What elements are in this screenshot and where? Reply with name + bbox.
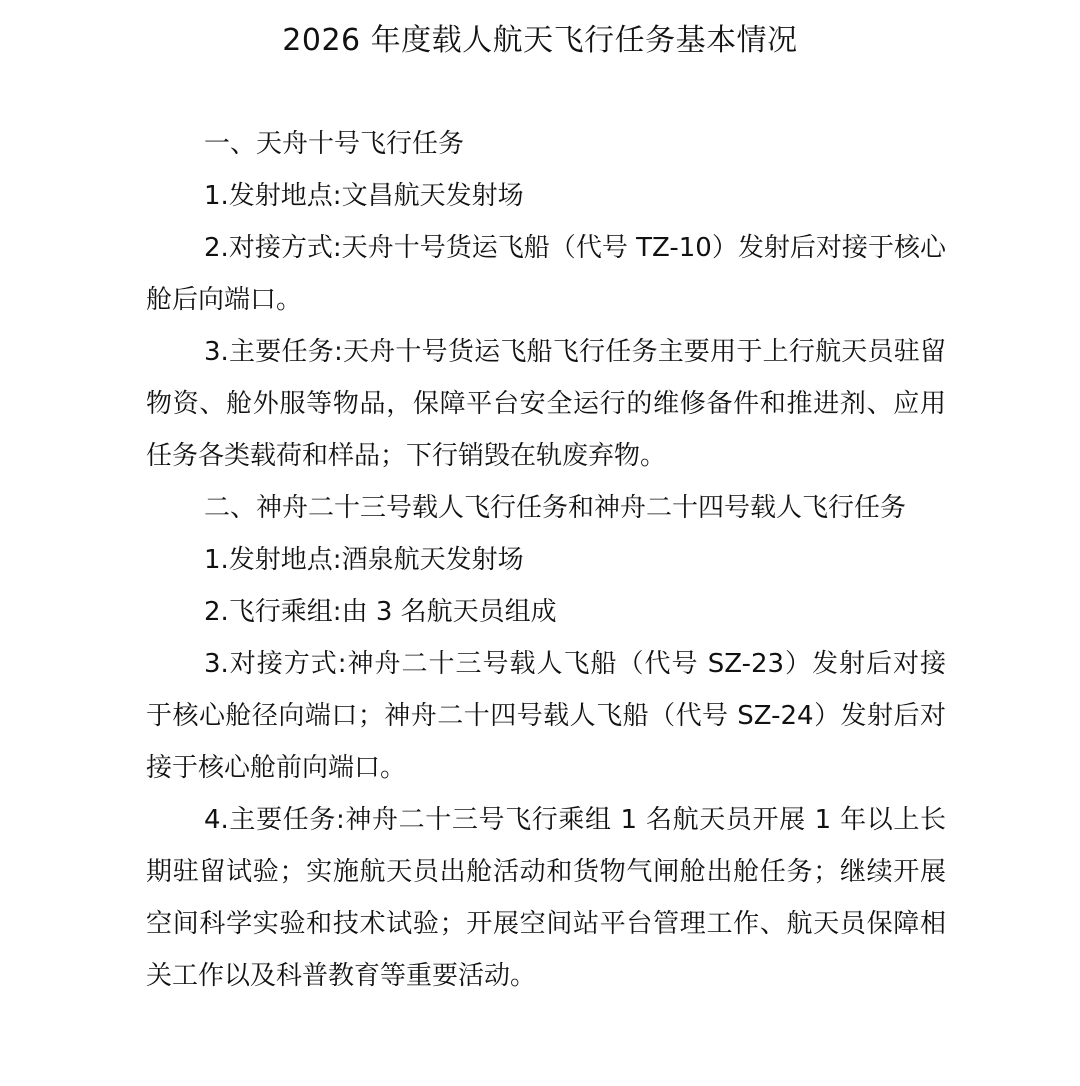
list-item-docking-method: 3.对接方式:神舟二十三号载人飞船（代号 SZ-23）发射后对接于核心舱径向端口… xyxy=(146,638,946,794)
section-tianzhou-10: 一、天舟十号飞行任务 1.发射地点:文昌航天发射场 2.对接方式:天舟十号货运飞… xyxy=(146,118,946,482)
list-item-launch-site: 1.发射地点:酒泉航天发射场 xyxy=(146,534,946,586)
document-body: 一、天舟十号飞行任务 1.发射地点:文昌航天发射场 2.对接方式:天舟十号货运飞… xyxy=(146,118,946,1002)
section-heading: 一、天舟十号飞行任务 xyxy=(146,118,946,170)
section-heading: 二、神舟二十三号载人飞行任务和神舟二十四号载人飞行任务 xyxy=(146,482,946,534)
list-item-flight-crew: 2.飞行乘组:由 3 名航天员组成 xyxy=(146,586,946,638)
document-title: 2026 年度载人航天飞行任务基本情况 xyxy=(0,18,1080,64)
list-item-docking-method: 2.对接方式:天舟十号货运飞船（代号 TZ-10）发射后对接于核心舱后向端口。 xyxy=(146,222,946,326)
section-shenzhou-23-24: 二、神舟二十三号载人飞行任务和神舟二十四号载人飞行任务 1.发射地点:酒泉航天发… xyxy=(146,482,946,1002)
list-item-main-tasks: 4.主要任务:神舟二十三号飞行乘组 1 名航天员开展 1 年以上长期驻留试验；实… xyxy=(146,794,946,1002)
list-item-main-tasks: 3.主要任务:天舟十号货运飞船飞行任务主要用于上行航天员驻留物资、舱外服等物品，… xyxy=(146,326,946,482)
list-item-launch-site: 1.发射地点:文昌航天发射场 xyxy=(146,170,946,222)
